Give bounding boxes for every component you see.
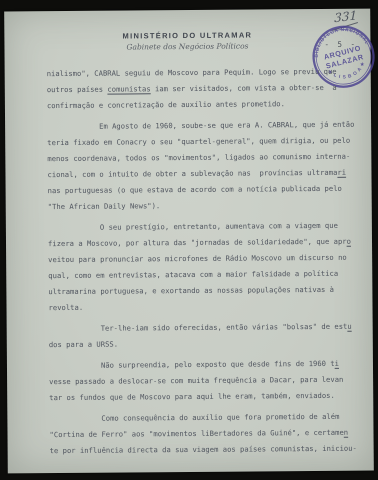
text-line: confirmação e concretização de auxílio a… xyxy=(47,96,353,114)
text-line: tar os fundos que de Moscovo para aqui l… xyxy=(49,388,355,406)
text-line: nas portuguesas (o que estava de acordo … xyxy=(48,181,354,199)
text-line: revolta. xyxy=(48,298,354,316)
text-line: dos para a URSS. xyxy=(49,335,355,353)
text-line: outros países comunistas iam ser visitad… xyxy=(47,80,353,98)
text-line: Ter-lhe-iam sido oferecidas, então vária… xyxy=(49,319,355,337)
paragraph: Ter-lhe-iam sido oferecidas, então vária… xyxy=(49,319,355,353)
paragraph: Não surpreendia, pelo exposto que desde … xyxy=(49,356,355,406)
paragraph: Em Agosto de 1960, soube-se que era A. C… xyxy=(47,117,354,215)
text-line: ultramarina portuguesa, e exortando as n… xyxy=(48,282,354,300)
document-body: nialismo", CABRAL seguiu de Moscovo para… xyxy=(47,64,356,464)
paragraph: nialismo", CABRAL seguiu de Moscovo para… xyxy=(47,64,353,114)
document-page: 331 MINISTÉRIO DO ULTRAMAR Gabinete dos … xyxy=(4,9,374,474)
text-line: te por influência directa da sua viagem … xyxy=(50,441,356,459)
text-line: "The African Daily News"). xyxy=(48,197,354,215)
paragraph: Como consequência do auxílio que fora pr… xyxy=(49,409,355,459)
paragraph: O seu prestígio, entretanto, aumentava c… xyxy=(48,218,355,316)
